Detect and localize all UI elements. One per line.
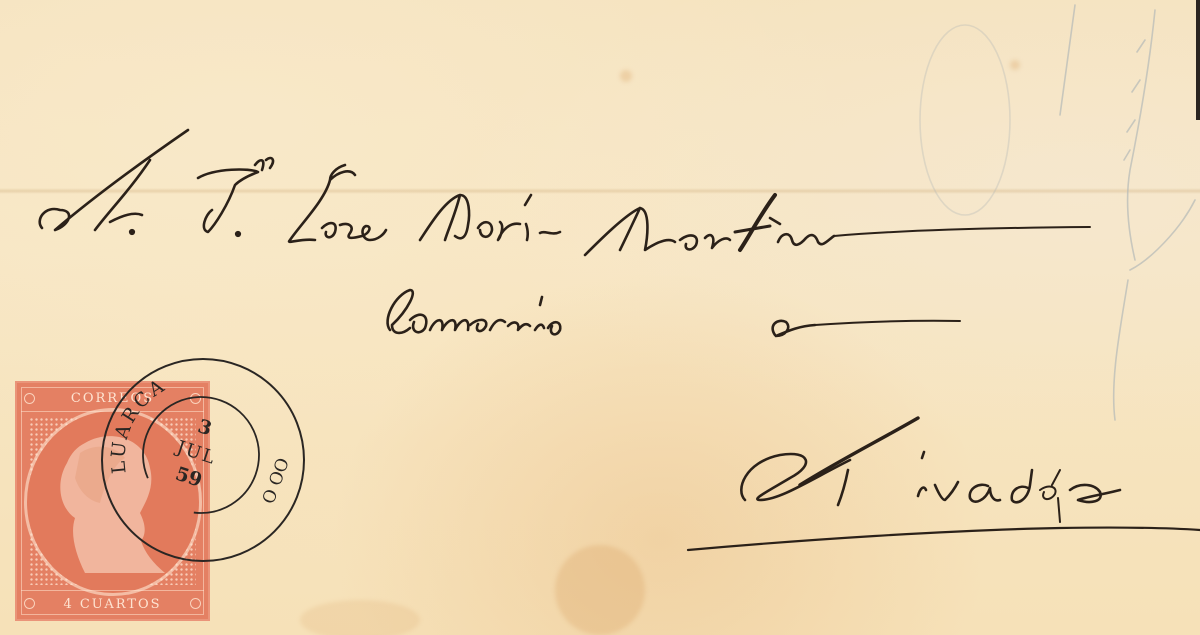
- postal-cover: CORREOS 4 CUARTOS LUARCA 3 JUL 59 O OO: [0, 0, 1200, 635]
- handwritten-address: [0, 0, 1200, 635]
